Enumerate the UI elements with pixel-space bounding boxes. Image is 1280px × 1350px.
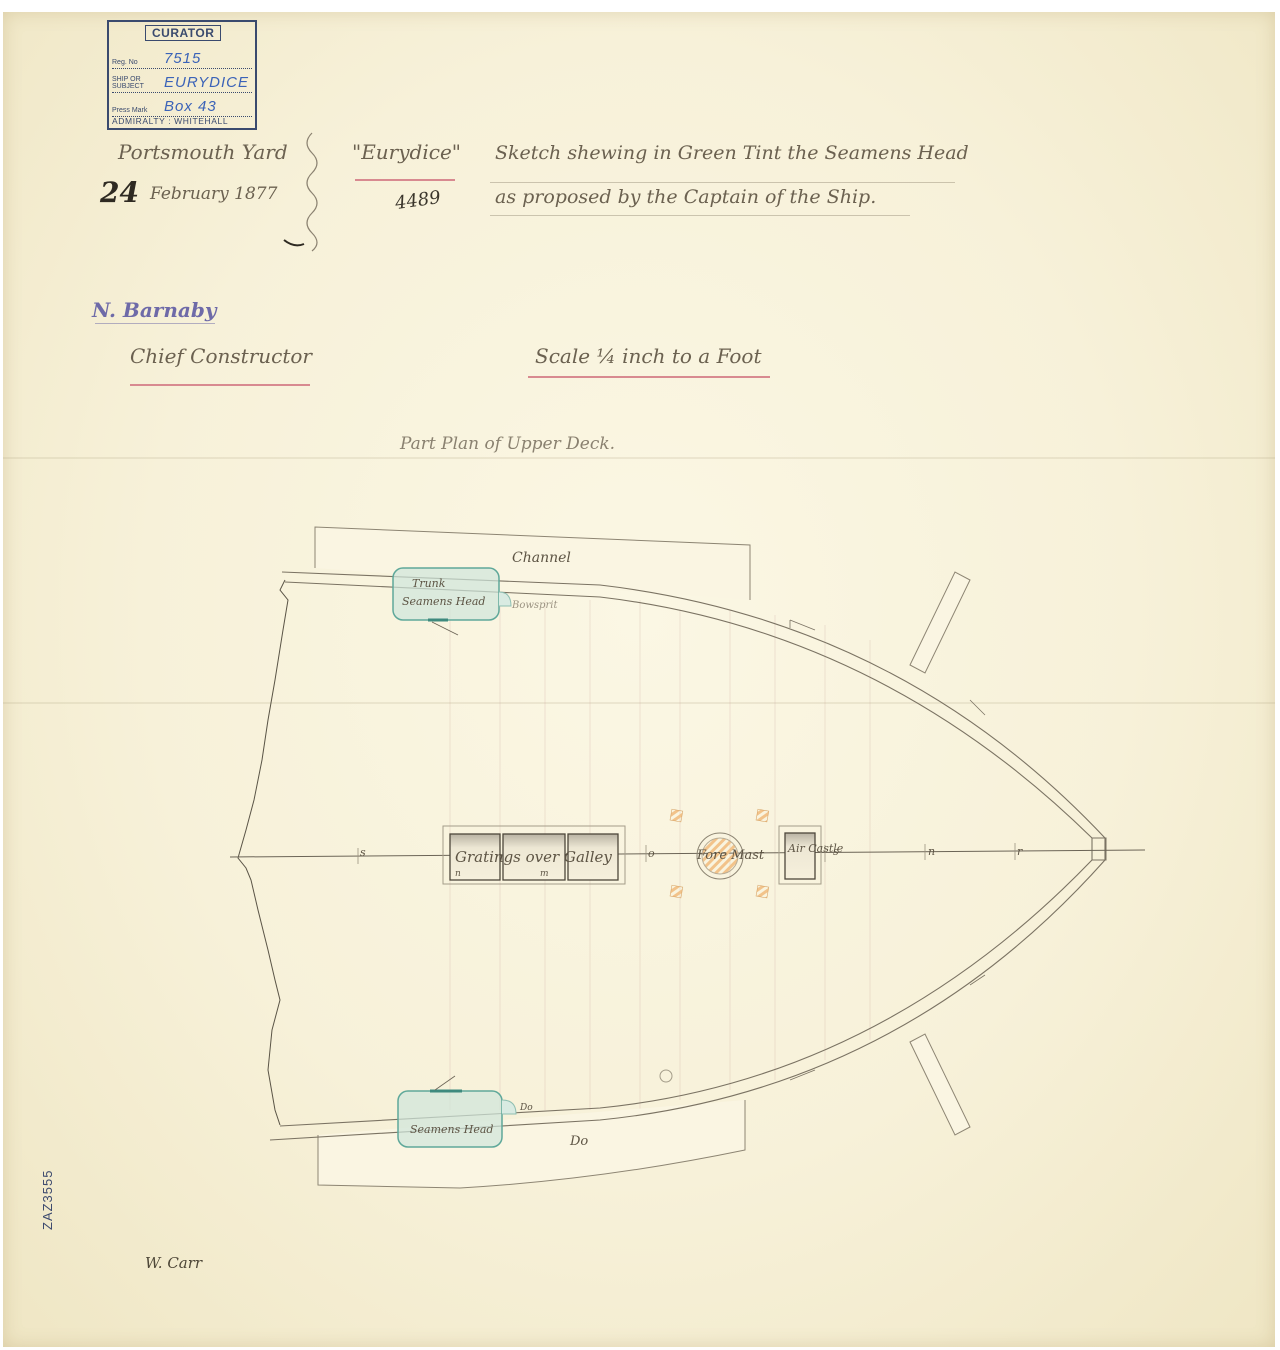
scuttle — [660, 1070, 672, 1082]
seamens-head-bottom — [398, 1091, 502, 1147]
stem-block — [1092, 838, 1106, 860]
foremast-label: Fore Mast — [696, 848, 765, 863]
draughtsman-signature: W. Carr — [145, 1254, 202, 1272]
do-label: Do — [519, 1103, 533, 1113]
do-label: Do — [569, 1134, 588, 1149]
gratings-label: Gratings over Galley — [455, 848, 612, 866]
bitt-post — [756, 885, 769, 898]
seamens-head-label: Seamens Head — [402, 595, 485, 608]
air-castle — [785, 833, 815, 879]
seamens-head-small-label: Trunk — [412, 577, 446, 590]
svg-text:n: n — [455, 869, 461, 879]
seamens-head-top — [393, 568, 499, 620]
deck-plan-drawing: s o s n r Gratings over Galley n m Fore … — [0, 0, 1280, 1350]
bitt-post — [670, 809, 683, 822]
station-mark: s — [360, 846, 366, 859]
air-castle-label: Air Castle — [787, 842, 844, 855]
centre-line — [230, 850, 1145, 857]
bitt-post — [756, 809, 769, 822]
cathead-top — [910, 572, 970, 673]
cathead-bottom — [910, 1034, 970, 1135]
svg-text:m: m — [540, 869, 549, 879]
channel-label: Channel — [512, 550, 571, 566]
bowsprit-label: Bowsprit — [511, 600, 558, 611]
seamens-head-label-bottom: Seamens Head — [410, 1123, 493, 1136]
channel-bottom — [318, 1100, 745, 1188]
catalogue-number: ZAZ3555 — [40, 1170, 55, 1230]
bitt-post — [670, 885, 683, 898]
station-mark: r — [1017, 845, 1023, 858]
station-mark: n — [928, 845, 935, 858]
station-mark: o — [648, 847, 655, 860]
broken-edge — [238, 580, 288, 1125]
